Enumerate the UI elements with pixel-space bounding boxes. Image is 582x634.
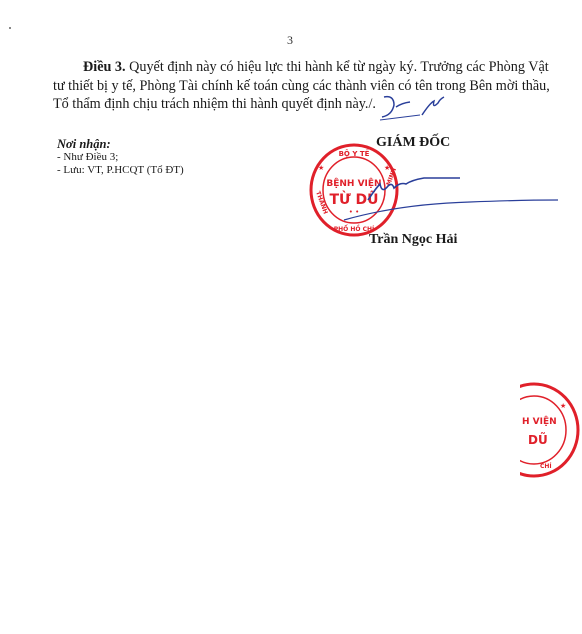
scan-speck [9, 27, 11, 29]
svg-text:DŨ: DŨ [528, 432, 548, 447]
signer-name: Trần Ngọc Hải [369, 232, 457, 248]
recipients-block: Nơi nhận: - Như Điều 3; - Lưu: VT, P.HCQ… [57, 137, 184, 177]
svg-text:★: ★ [318, 164, 324, 172]
article-3: Điều 3. Quyết định này có hiệu lực thi h… [53, 58, 543, 114]
recipient-item: - Như Điều 3; [57, 151, 184, 164]
bleed-through-stamp: H VIỆN DŨ ★ CHÍ [520, 380, 582, 480]
svg-text:CHÍ: CHÍ [540, 462, 552, 470]
article-text-1: Quyết định này có hiệu lực thi hành kể t… [126, 59, 549, 75]
page-number: 3 [287, 33, 293, 48]
initials-signature [380, 93, 450, 126]
article-line-3: Tổ thẩm định chịu trách nhiệm thi hành q… [53, 95, 543, 114]
director-signature [340, 160, 560, 235]
svg-text:H VIỆN: H VIỆN [522, 416, 557, 427]
recipients-title: Nơi nhận: [57, 137, 184, 151]
recipient-item: - Lưu: VT, P.HCQT (Tổ ĐT) [57, 164, 184, 177]
svg-text:BỘ Y TẾ: BỘ Y TẾ [339, 148, 370, 158]
signer-title: GIÁM ĐỐC [376, 135, 450, 151]
article-label: Điều 3. [83, 59, 126, 75]
article-line-1: Điều 3. Quyết định này có hiệu lực thi h… [53, 58, 543, 77]
article-line-2: tư thiết bị y tế, Phòng Tài chính kế toá… [53, 77, 543, 96]
svg-text:★: ★ [560, 402, 566, 410]
